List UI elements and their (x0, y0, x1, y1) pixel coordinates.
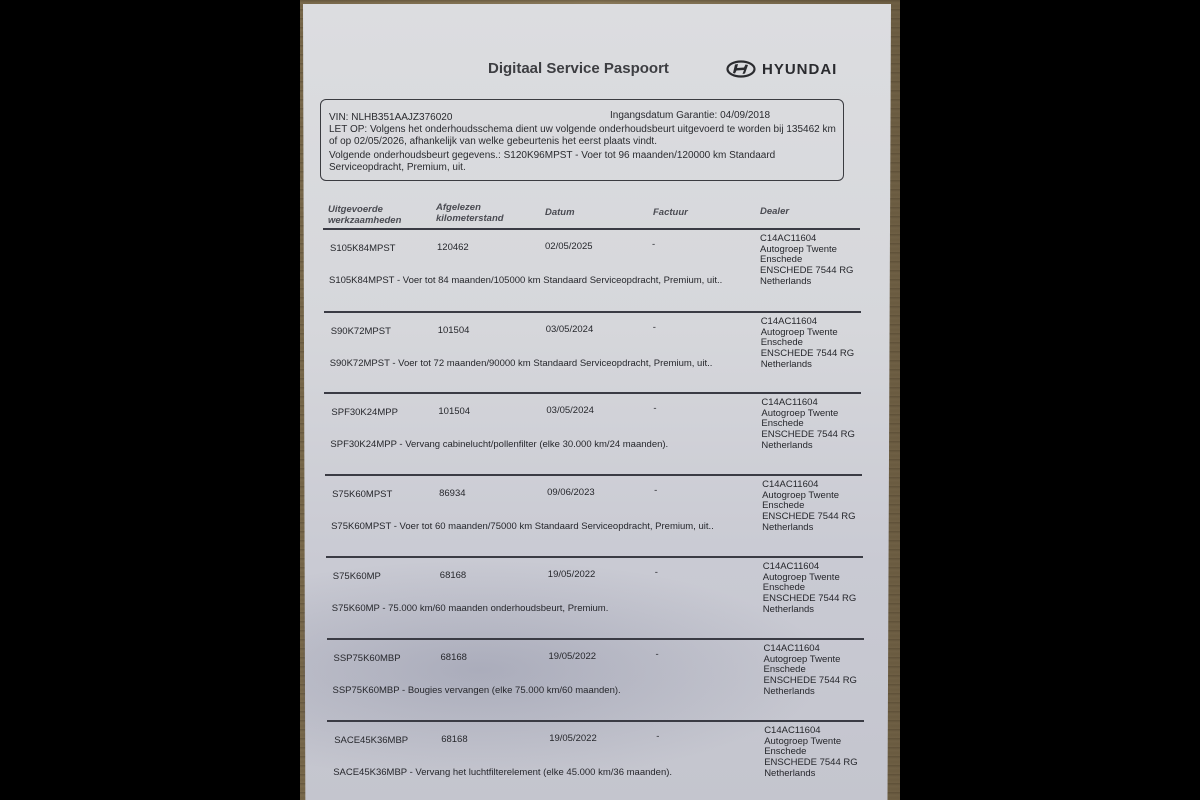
odometer-reading: 86934 (439, 488, 465, 499)
service-date: 02/05/2025 (545, 241, 593, 252)
service-date: 19/05/2022 (548, 569, 596, 580)
invoice-value: - (656, 649, 659, 660)
dealer-line: Netherlands (762, 523, 855, 534)
header-km-line2: kilometerstand (436, 213, 504, 224)
service-date: 03/05/2024 (546, 324, 594, 335)
document-title: Digitaal Service Paspoort (488, 60, 669, 77)
dealer-info: C14AC11604Autogroep TwenteEnschedeENSCHE… (764, 726, 857, 780)
invoice-value: - (653, 403, 656, 414)
odometer-reading: 68168 (441, 734, 467, 745)
invoice-value: - (653, 322, 656, 333)
dealer-line: Netherlands (761, 441, 854, 452)
header-invoice: Factuur (653, 207, 688, 218)
vin-number: VIN: NLHB351AAJZ376020 (329, 112, 452, 124)
odometer-reading: 120462 (437, 242, 469, 253)
dealer-info: C14AC11604Autogroep TwenteEnschedeENSCHE… (761, 398, 854, 452)
service-description: S105K84MPST - Voer tot 84 maanden/105000… (329, 275, 722, 286)
dealer-info: C14AC11604Autogroep TwenteEnschedeENSCHE… (763, 562, 856, 616)
service-date: 03/05/2024 (546, 405, 594, 416)
service-description: S75K60MP - 75.000 km/60 maanden onderhou… (332, 603, 609, 614)
odometer-reading: 101504 (438, 406, 470, 417)
row-divider (324, 392, 861, 394)
service-description: S90K72MPST - Voer tot 72 maanden/90000 k… (330, 358, 713, 369)
header-km: Afgelezen kilometerstand (436, 202, 504, 224)
odometer-reading: 101504 (438, 325, 470, 336)
dealer-line: Netherlands (764, 769, 857, 780)
row-divider (325, 474, 862, 476)
service-code: S90K72MPST (331, 326, 391, 337)
next-service-details: Volgende onderhoudsbeurt gegevens.: S120… (329, 150, 844, 174)
row-divider (323, 228, 860, 230)
row-divider (326, 556, 863, 558)
dealer-info: C14AC11604Autogroep TwenteEnschedeENSCHE… (764, 644, 857, 698)
header-work: Uitgevoerde werkzaamheden (328, 204, 401, 226)
row-divider (327, 720, 864, 722)
service-description: SPF30K24MPP - Vervang cabinelucht/pollen… (330, 439, 668, 450)
dealer-line: Netherlands (763, 605, 856, 616)
odometer-reading: 68168 (440, 570, 466, 581)
brand-name: HYUNDAI (762, 61, 837, 78)
dealer-line: Netherlands (764, 687, 857, 698)
dealer-info: C14AC11604Autogroep TwenteEnschedeENSCHE… (762, 480, 855, 534)
header-date: Datum (545, 207, 575, 218)
warranty-start-date: Ingangsdatum Garantie: 04/09/2018 (610, 110, 770, 122)
service-description: S75K60MPST - Voer tot 60 maanden/75000 k… (331, 521, 714, 532)
service-date: 09/06/2023 (547, 487, 595, 498)
invoice-value: - (656, 731, 659, 742)
dealer-info: C14AC11604Autogroep TwenteEnschedeENSCHE… (761, 317, 854, 371)
header-dealer: Dealer (760, 206, 789, 217)
vehicle-info-box: VIN: NLHB351AAJZ376020 Ingangsdatum Gara… (320, 99, 844, 181)
dealer-line: Netherlands (761, 360, 854, 371)
hyundai-logo-icon (726, 60, 756, 78)
row-divider (324, 311, 861, 313)
dealer-line: Netherlands (760, 277, 853, 288)
invoice-value: - (654, 485, 657, 496)
header-work-line1: Uitgevoerde (328, 204, 401, 215)
service-description: SACE45K36MBP - Vervang het luchtfilterel… (333, 767, 672, 778)
service-code: SSP75K60MBP (334, 653, 401, 664)
brand-logo: HYUNDAI (726, 60, 837, 78)
odometer-reading: 68168 (441, 652, 467, 663)
invoice-value: - (652, 239, 655, 250)
dealer-info: C14AC11604Autogroep TwenteEnschedeENSCHE… (760, 234, 853, 288)
service-date: 19/05/2022 (549, 733, 597, 744)
service-description: SSP75K60MBP - Bougies vervangen (elke 75… (333, 685, 621, 696)
service-date: 19/05/2022 (549, 651, 597, 662)
next-service-notice: LET OP: Volgens het onderhoudsschema die… (329, 124, 844, 148)
header-work-line2: werkzaamheden (328, 215, 401, 226)
service-code: SACE45K36MBP (334, 735, 408, 746)
service-code: S75K60MP (333, 571, 381, 582)
row-divider (327, 638, 864, 640)
service-code: SPF30K24MPP (331, 407, 398, 418)
service-code: S105K84MPST (330, 243, 395, 254)
service-code: S75K60MPST (332, 489, 392, 500)
invoice-value: - (655, 567, 658, 578)
header-km-line1: Afgelezen (436, 202, 504, 213)
